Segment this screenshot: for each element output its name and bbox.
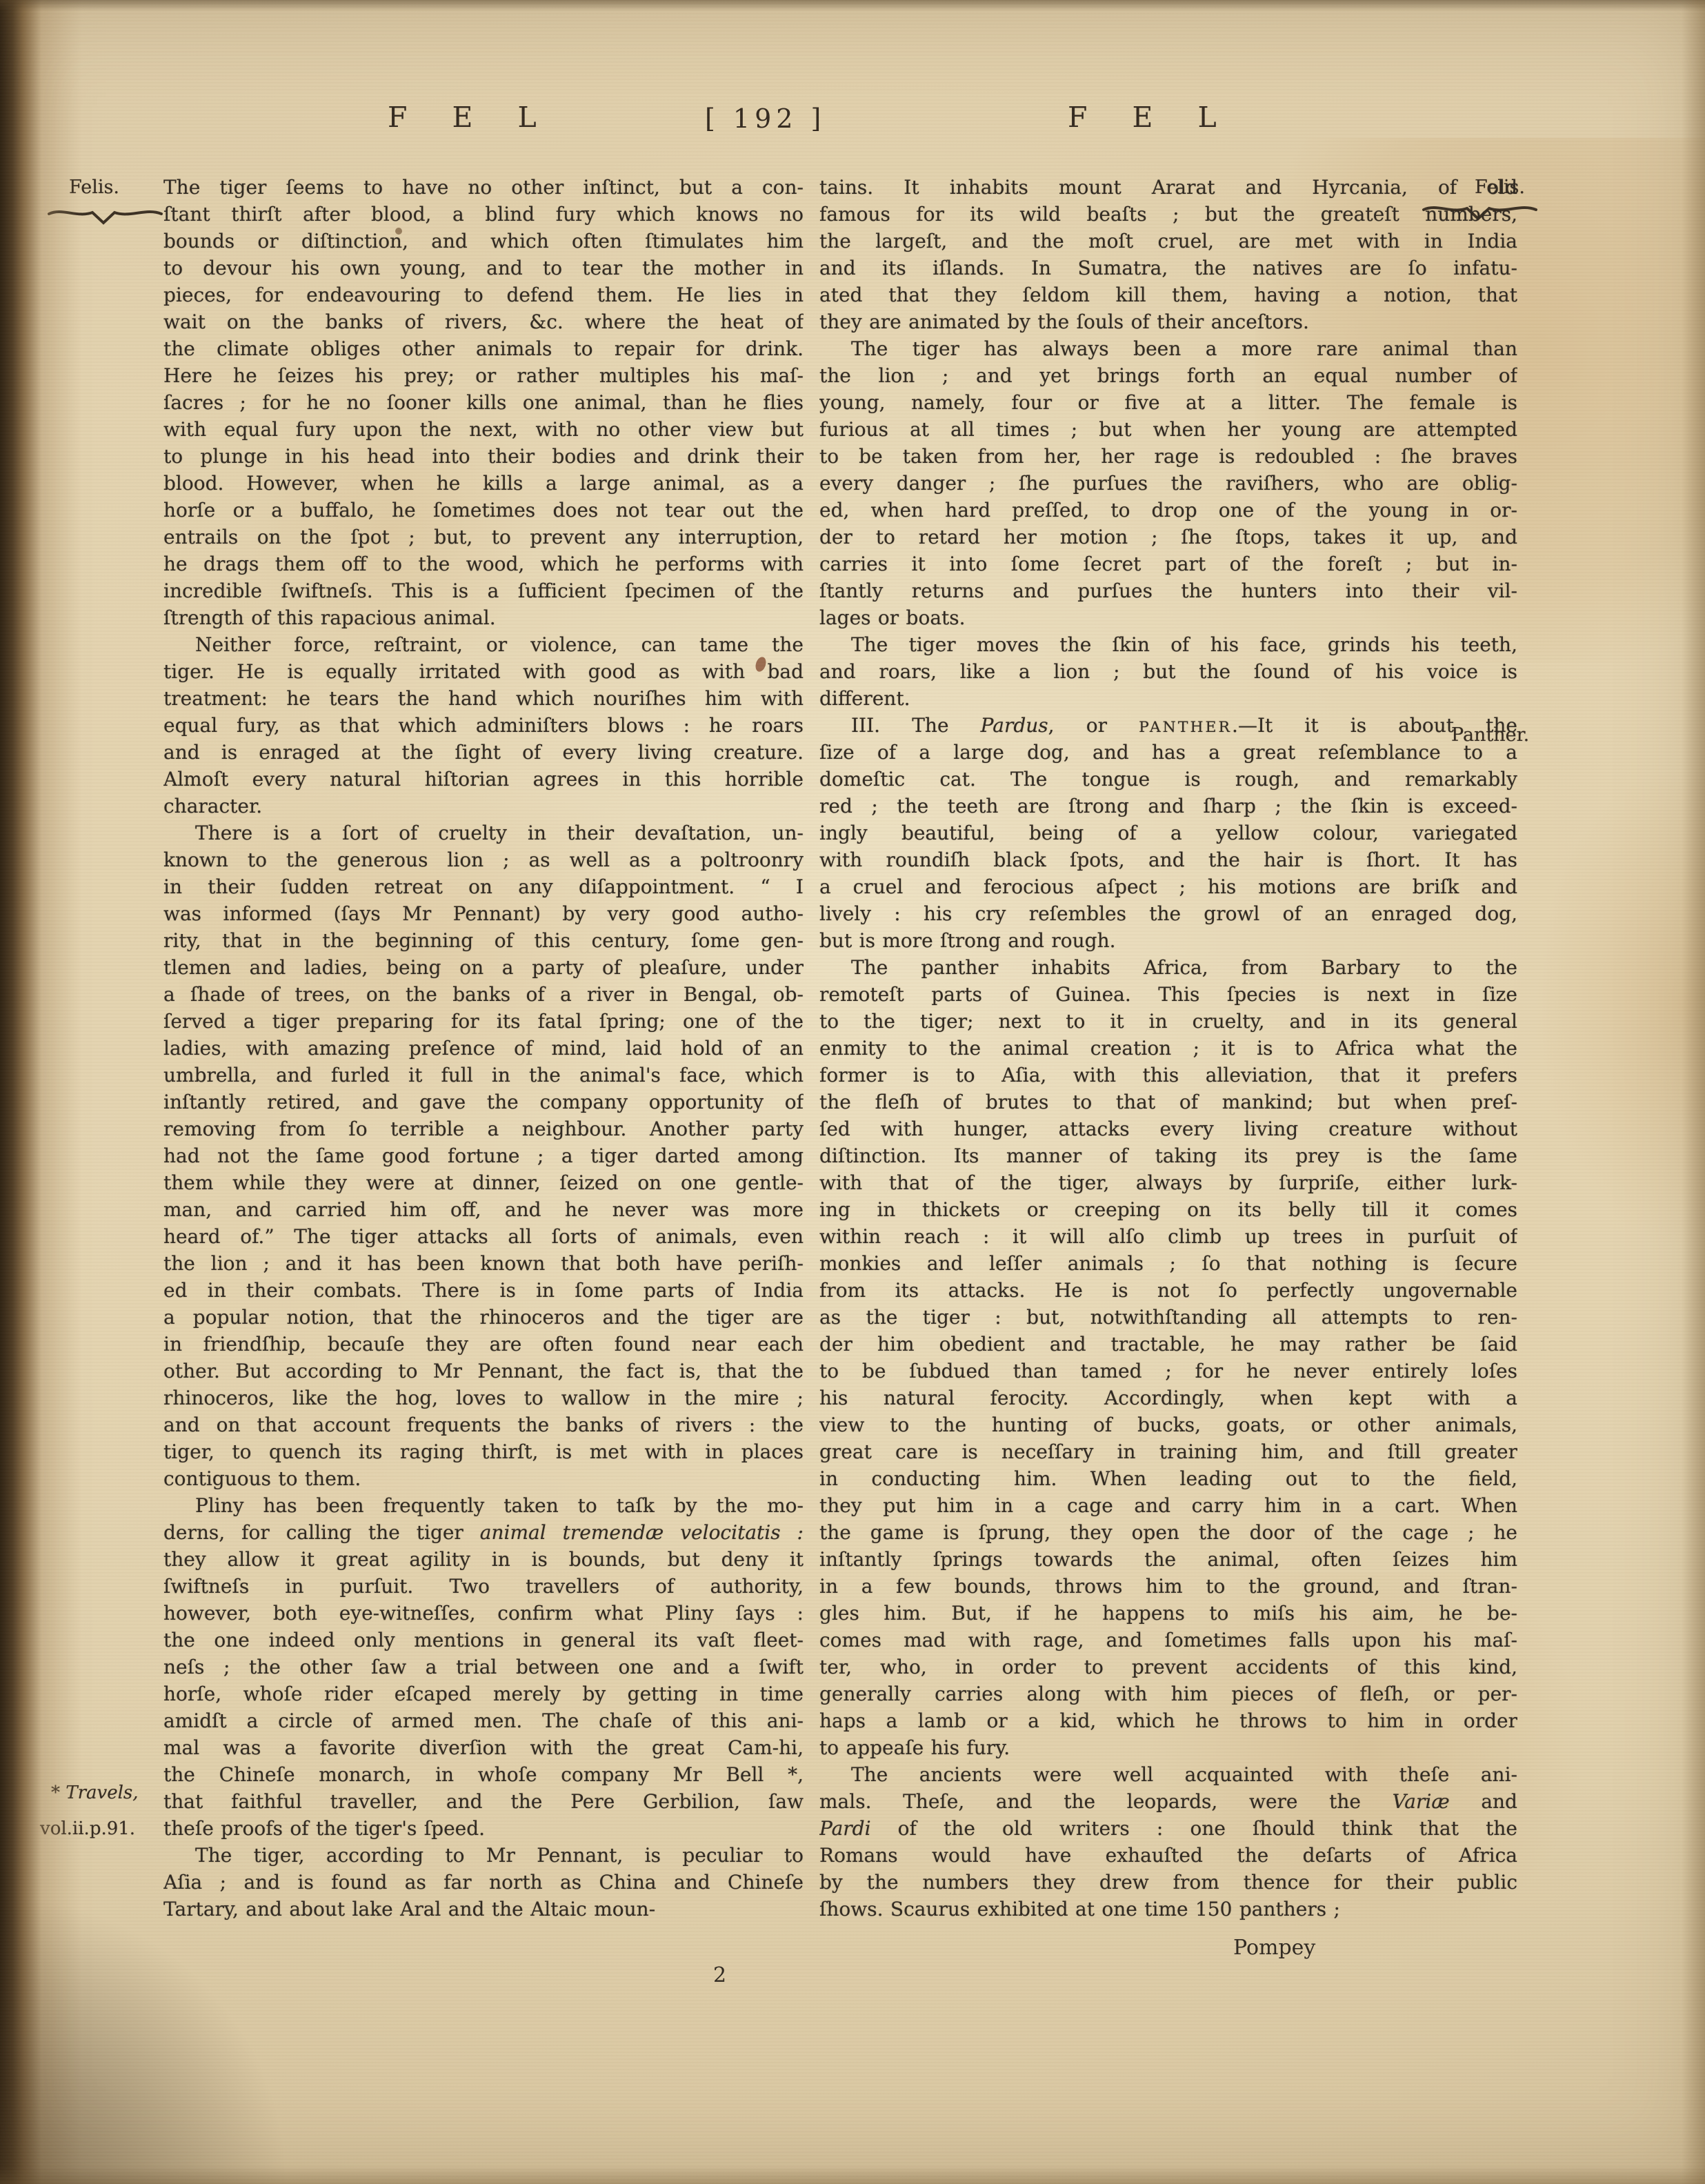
text-line: tains. It inhabits mount Ararat and Hyrc… [819,174,1517,201]
text-line: the one indeed only mentions in general … [163,1627,804,1654]
text-line: mal was a favorite diverſion with the gr… [163,1734,804,1761]
text-line: ſed with hunger, attacks every living cr… [819,1115,1517,1142]
text-line: ſwiftneſs in purſuit. Two travellers of … [163,1573,804,1600]
text-line: ſize of a large dog, and has a great reſ… [819,739,1517,766]
text-line: from its attacks. He is not ſo perfectly… [819,1277,1517,1304]
text-line: lages or boats. [819,604,1517,631]
text-line: The tiger has always been a more rare an… [819,335,1517,362]
text-line: great care is neceſſary in training him,… [819,1438,1517,1465]
catchword: Pompey [1233,1936,1315,1960]
text-line: Almoſt every natural hiſtorian agrees in… [163,766,804,793]
text-line: derns, for calling the tiger animal trem… [163,1519,804,1546]
text-line: with that of the tiger, always by ſurpri… [819,1169,1517,1196]
text-line: but is more ſtrong and rough. [819,927,1517,954]
text-line: a cruel and ferocious aſpect ; his motio… [819,873,1517,900]
text-line: remoteſt parts of Guinea. This ſpecies i… [819,981,1517,1008]
text-line: the lion ; and yet brings forth an equal… [819,362,1517,389]
text-line: entrails on the ſpot ; but, to prevent a… [163,524,804,550]
text-line: generally carries along with him pieces … [819,1680,1517,1707]
text-line: Here he ſeizes his prey; or rather multi… [163,362,804,389]
text-line: to be taken from her, her rage is redoub… [819,443,1517,470]
text-line: heard of.” The tiger attacks all ſorts o… [163,1223,804,1250]
text-line: bounds or diſtinction, and which often ſ… [163,228,804,255]
text-line: inſtantly ſprings towards the animal, of… [819,1546,1517,1573]
text-line: Aſia ; and is found as far north as Chin… [163,1869,804,1896]
text-line: that faithful traveller, and the Pere Ge… [163,1788,804,1815]
text-line: der him obedient and tractable, he may r… [819,1331,1517,1358]
text-line: his natural ferocity. Accordingly, when … [819,1384,1517,1411]
text-line: enmity to the animal creation ; it is to… [819,1035,1517,1062]
text-line: ſtantly returns and purſues the hunters … [819,577,1517,604]
text-line: known to the generous lion ; as well as … [163,846,804,873]
text-line: the lion ; and it has been known that bo… [163,1250,804,1277]
text-line: in their ſudden retreat on any diſappoin… [163,873,804,900]
text-line: equal fury, as that which adminiſters bl… [163,712,804,739]
text-line: to be ſubdued than tamed ; for he never … [819,1358,1517,1384]
paper-stain [1538,773,1705,1242]
text-line: umbrella, and furled it full in the anim… [163,1062,804,1089]
text-line: a ſhade of trees, on the banks of a rive… [163,981,804,1008]
left-column: The tiger ſeems to have no other inſtinc… [163,174,804,1923]
text-line: in a few bounds, throws him to the groun… [819,1573,1517,1600]
text-line: famous for its wild beaſts ; but the gre… [819,201,1517,228]
text-line: wait on the banks of rivers, &c. where t… [163,308,804,335]
text-line: the fleſh of brutes to that of mankind; … [819,1089,1517,1115]
text-line: rity, that in the beginning of this cent… [163,927,804,954]
text-line: ter, who, in order to prevent accidents … [819,1654,1517,1680]
text-line: tiger. He is equally irritated with good… [163,658,804,685]
text-line: The tiger ſeems to have no other inſtinc… [163,174,804,201]
text-line: furious at all times ; but when her youn… [819,416,1517,443]
text-line: The tiger moves the ſkin of his face, gr… [819,631,1517,658]
text-line: haps a lamb or a kid, which he throws to… [819,1707,1517,1734]
text-line: incredible ſwiftneſs. This is a ſufficie… [163,577,804,604]
text-line: to appeaſe his fury. [819,1734,1517,1761]
text-line: inſtantly retired, and gave the company … [163,1089,804,1115]
text-line: pieces, for endeavouring to defend them.… [163,281,804,308]
text-line: ſacres ; for he no ſooner kills one anim… [163,389,804,416]
text-line: different. [819,685,1517,712]
right-column: tains. It inhabits mount Ararat and Hyrc… [819,174,1517,1923]
text-line: lively : his cry reſembles the growl of … [819,900,1517,927]
text-line: horſe, whoſe rider eſcaped merely by get… [163,1680,804,1707]
text-line: to the tiger; next to it in cruelty, and… [819,1008,1517,1035]
text-line: within reach : it will alſo climb up tre… [819,1223,1517,1250]
text-line: young, namely, four or five at a litter.… [819,389,1517,416]
text-line: Pliny has been frequently taken to taſk … [163,1492,804,1519]
page-number: [ 192 ] [705,103,826,134]
text-line: was informed (ſays Mr Pennant) by very g… [163,900,804,927]
text-line: ſtant thirſt after blood, a blind fury w… [163,201,804,228]
text-line: by the numbers they drew from thence for… [819,1869,1517,1896]
text-line: he drags them off to the wood, which he … [163,550,804,577]
text-line: every danger ; ſhe purſues the raviſhers… [819,470,1517,497]
text-line: they are animated by the ſouls of their … [819,308,1517,335]
text-line: the Chineſe monarch, in whoſe company Mr… [163,1761,804,1788]
text-line: they allow it great agility in is bounds… [163,1546,804,1573]
text-line: domeſtic cat. The tongue is rough, and r… [819,766,1517,793]
text-line: gles him. But, if he happens to miſs his… [819,1600,1517,1627]
text-line: ingly beautiful, being of a yellow colou… [819,820,1517,846]
book-page-scan: F E L [ 192 ] F E L Felis. Felis. Panthe… [0,0,1705,2184]
text-line: ing in thickets or creeping on its belly… [819,1196,1517,1223]
text-line: The panther inhabits Africa, from Barbar… [819,954,1517,981]
text-line: removing from ſo terrible a neighbour. A… [163,1115,804,1142]
corner-shadow [0,1894,290,2184]
text-line: Romans would have exhauſted the deſarts … [819,1842,1517,1869]
text-line: ſtrength of this rapacious animal. [163,604,804,631]
text-line: character. [163,793,804,820]
text-line: ſerved a tiger preparing for its fatal ſ… [163,1008,804,1035]
text-line: red ; the teeth are ſtrong and ſharp ; t… [819,793,1517,820]
running-title-left: F E L [388,101,555,134]
signature-mark: 2 [713,1963,726,1987]
text-line: rhinoceros, like the hog, loves to wallo… [163,1384,804,1411]
small-caps-keyword: Panther [1139,719,1232,736]
text-line: The tiger, according to Mr Pennant, is p… [163,1842,804,1869]
text-line: comes mad with rage, and ſometimes falls… [819,1627,1517,1654]
text-line: ed in their combats. There is in ſome pa… [163,1277,804,1304]
text-line: with roundiſh black ſpots, and the hair … [819,846,1517,873]
text-line: former is to Aſia, with this alleviation… [819,1062,1517,1089]
text-line: contiguous to them. [163,1465,804,1492]
text-line: as the tiger : but, notwithſtanding all … [819,1304,1517,1331]
text-line: der to retard her motion ; ſhe ſtops, ta… [819,524,1517,550]
text-line: tiger, to quench its raging thirſt, is m… [163,1438,804,1465]
text-line: ed, when hard preſſed, to drop one of th… [819,497,1517,524]
text-line: horſe or a buffalo, he ſometimes does no… [163,497,804,524]
text-line: and its iſlands. In Sumatra, the natives… [819,255,1517,281]
text-line: III. The Pardus, or Panther.—It it is ab… [819,712,1517,739]
text-line: other. But according to Mr Pennant, the … [163,1358,804,1384]
binding-gutter-shadow [0,0,83,2184]
text-line: mals. Theſe, and the leopards, were the … [819,1788,1517,1815]
text-line: a popular notion, that the rhinoceros an… [163,1304,804,1331]
running-title-right: F E L [1068,101,1235,134]
text-line: the largeſt, and the moſt cruel, are met… [819,228,1517,255]
text-line: The ancients were well acquainted with t… [819,1761,1517,1788]
text-line: view to the hunting of bucks, goats, or … [819,1411,1517,1438]
text-line: however, both eye-witneſſes, confirm wha… [163,1600,804,1627]
text-line: amidſt a circle of armed men. The chaſe … [163,1707,804,1734]
text-line: theſe proofs of the tiger's ſpeed. [163,1815,804,1842]
text-line: treatment: he tears the hand which nouri… [163,685,804,712]
text-line: Pardi of the old writers : one ſhould th… [819,1815,1517,1842]
text-line: ladies, with amazing preſence of mind, l… [163,1035,804,1062]
text-line: with equal fury upon the next, with no o… [163,416,804,443]
text-line: they put him in a cage and carry him in … [819,1492,1517,1519]
text-line: the climate obliges other animals to rep… [163,335,804,362]
text-line: Neither force, reſtraint, or violence, c… [163,631,804,658]
text-line: and on that account frequents the banks … [163,1411,804,1438]
text-line: tlemen and ladies, being on a party of p… [163,954,804,981]
text-line: had not the ſame good fortune ; a tiger … [163,1142,804,1169]
text-line: ated that they ſeldom kill them, having … [819,281,1517,308]
text-line: in friendſhip, becauſe they are often fo… [163,1331,804,1358]
text-line: neſs ; the other ſaw a trial between one… [163,1654,804,1680]
page-edge-right [1682,0,1705,2184]
text-line: diſtinction. Its manner of taking its pr… [819,1142,1517,1169]
text-line: monkies and leſſer animals ; ſo that not… [819,1250,1517,1277]
text-line: in conducting him. When leading out to t… [819,1465,1517,1492]
text-line: and is enraged at the ſight of every liv… [163,739,804,766]
text-line: ſhows. Scaurus exhibited at one time 150… [819,1896,1517,1923]
text-line: to devour his own young, and to tear the… [163,255,804,281]
text-line: and roars, like a lion ; but the ſound o… [819,658,1517,685]
text-line: man, and carried him off, and he never w… [163,1196,804,1223]
text-line: carries it into ſome ſecret part of the … [819,550,1517,577]
text-line: them while they were at dinner, ſeized o… [163,1169,804,1196]
page-edge-top [0,0,1705,11]
text-line: the game is ſprung, they open the door o… [819,1519,1517,1546]
text-line: blood. However, when he kills a large an… [163,470,804,497]
text-line: There is a ſort of cruelty in their deva… [163,820,804,846]
text-line: to plunge in his head into their bodies … [163,443,804,470]
